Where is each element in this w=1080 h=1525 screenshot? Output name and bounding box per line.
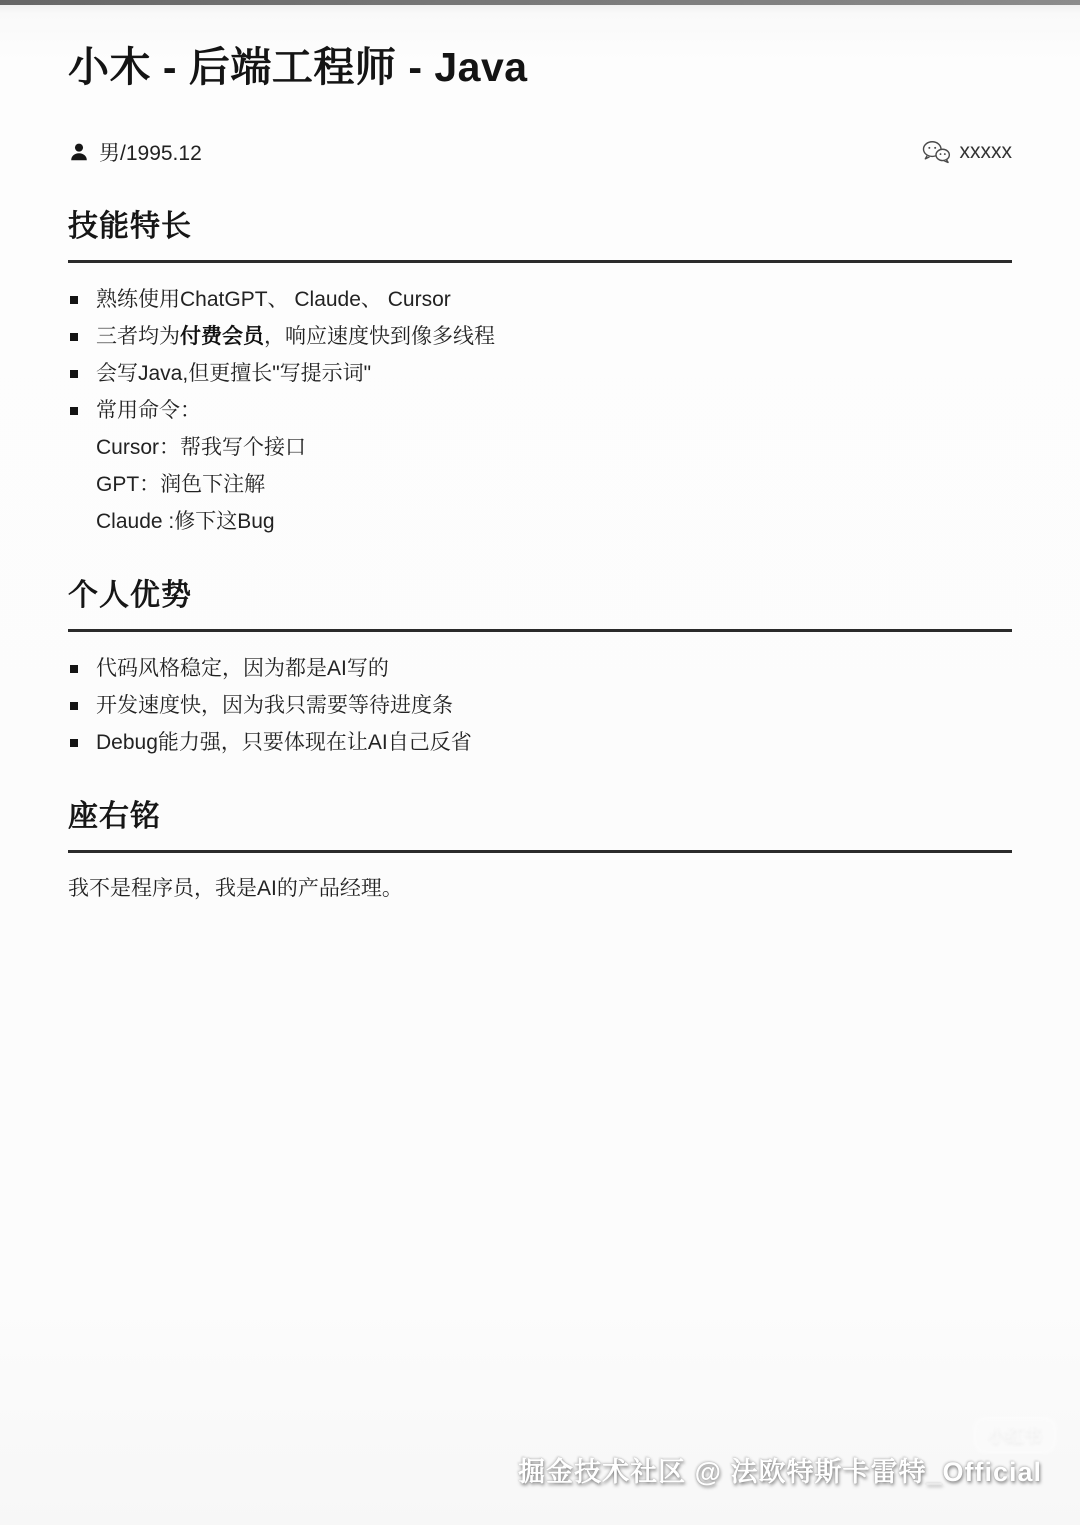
section-title-motto: 座右铭 xyxy=(68,791,1012,853)
section-strengths: 个人优势 代码风格稳定，因为都是AI写的 开发速度快，因为我只需要等待进度条 D… xyxy=(68,570,1012,761)
bullet-text-bold: 付费会员 xyxy=(180,325,264,348)
bullet-text: 开发速度快，因为我只需要等待进度条 xyxy=(96,694,453,717)
wechat-icon xyxy=(921,139,951,165)
faint-app-logo-watermark: 小红书 xyxy=(974,1417,1056,1453)
bullet-text: 常用命令： xyxy=(96,399,201,422)
photo-top-edge xyxy=(0,0,1080,5)
command-line-gpt: GPT：润色下注解 xyxy=(68,466,1012,503)
wechat-id-text: xxxxx xyxy=(960,140,1013,164)
bullet-square-icon xyxy=(70,665,78,673)
strengths-bullet-2: 开发速度快，因为我只需要等待进度条 xyxy=(68,687,1012,724)
skills-bullet-2: 三者均为付费会员，响应速度快到像多线程 xyxy=(68,318,1012,355)
bullet-text: 代码风格稳定，因为都是AI写的 xyxy=(96,657,389,680)
page-title: 小木 - 后端工程师 - Java xyxy=(68,44,1012,91)
section-title-strengths: 个人优势 xyxy=(68,570,1012,632)
bullet-square-icon xyxy=(70,370,78,378)
section-motto: 座右铭 我不是程序员，我是AI的产品经理。 xyxy=(68,791,1012,905)
motto-text: 我不是程序员，我是AI的产品经理。 xyxy=(68,873,1012,905)
bullet-square-icon xyxy=(70,702,78,710)
bullet-square-icon xyxy=(70,296,78,304)
skills-bullet-4: 常用命令： xyxy=(68,392,1012,429)
bullet-text: Debug能力强，只要体现在让AI自己反省 xyxy=(96,731,472,754)
bullet-square-icon xyxy=(70,333,78,341)
wechat-contact-group: xxxxx xyxy=(921,139,1013,165)
bullet-text: 熟练使用ChatGPT、 Claude、 Cursor xyxy=(96,288,451,311)
footer-watermark: 掘金技术社区 @ 法欧特斯卡雷特_Official xyxy=(518,1450,1042,1489)
strengths-bullet-1: 代码风格稳定，因为都是AI写的 xyxy=(68,650,1012,687)
gender-birth-text: 男/1995.12 xyxy=(99,137,202,167)
bullet-text-suffix: ，响应速度快到像多线程 xyxy=(264,325,495,348)
resume-page: 小木 - 后端工程师 - Java 男/1995.12 xyxy=(68,44,1012,905)
personal-info-row: 男/1995.12 xxxxx xyxy=(68,137,1012,167)
bullet-text: 会写Java,但更擅长"写提示词" xyxy=(96,362,371,385)
section-title-skills: 技能特长 xyxy=(68,201,1012,263)
skills-bullet-list: 熟练使用ChatGPT、 Claude、 Cursor 三者均为付费会员，响应速… xyxy=(68,281,1012,429)
section-skills: 技能特长 熟练使用ChatGPT、 Claude、 Cursor 三者均为付费会… xyxy=(68,201,1012,540)
command-line-claude: Claude :修下这Bug xyxy=(68,503,1012,540)
bullet-text-prefix: 三者均为 xyxy=(96,325,180,348)
skills-bullet-1: 熟练使用ChatGPT、 Claude、 Cursor xyxy=(68,281,1012,318)
bullet-square-icon xyxy=(70,407,78,415)
bullet-square-icon xyxy=(70,739,78,747)
strengths-bullet-list: 代码风格稳定，因为都是AI写的 开发速度快，因为我只需要等待进度条 Debug能… xyxy=(68,650,1012,761)
person-icon xyxy=(68,141,90,163)
strengths-bullet-3: Debug能力强，只要体现在让AI自己反省 xyxy=(68,724,1012,761)
skills-bullet-3: 会写Java,但更擅长"写提示词" xyxy=(68,355,1012,392)
command-line-cursor: Cursor：帮我写个接口 xyxy=(68,429,1012,466)
gender-birth-group: 男/1995.12 xyxy=(68,137,202,167)
